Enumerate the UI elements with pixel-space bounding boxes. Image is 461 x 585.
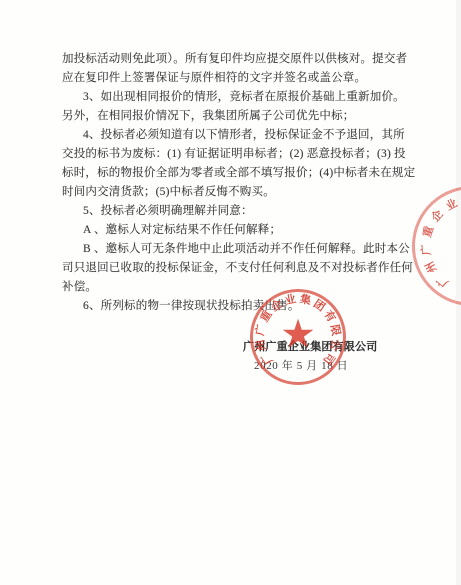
- document-line: 标时，标的物报价全部为零者或全部不填写报价；(4)中标者未在规定: [62, 164, 404, 183]
- scanned-document-page: 加投标活动则免此项）。所有复印件均应提交原件以供核对。提交者应在复印件上签署保证…: [0, 0, 461, 585]
- seal-ring-char: 集: [299, 294, 312, 307]
- seal-ring-char: 州: [425, 259, 440, 274]
- seal-ring-char: 业: [284, 294, 297, 307]
- document-line: 5、投标者必须明确理解并同意：: [62, 202, 404, 221]
- seal-ring-char: 广: [435, 273, 450, 288]
- document-line: B 、邀标人可无条件地中止此项活动并不作任何解释。此时本公: [62, 240, 404, 259]
- document-line: 应在复印件上签署保证与原件相符的文字并签名或盖公章。: [62, 69, 404, 88]
- seal-ring-char: 司: [321, 351, 336, 366]
- document-line: 交投的标书为废标：(1) 有证据证明串标者；(2) 恶意投标者；(3) 投: [62, 145, 404, 164]
- seal-ring-char: 州: [255, 338, 268, 351]
- star-icon: ★: [280, 315, 316, 355]
- seal-ring-char: 广: [260, 351, 275, 366]
- document-line: 加投标活动则免此项）。所有复印件均应提交原件以供核对。提交者: [62, 50, 404, 69]
- seal-ring-char: 重: [422, 225, 436, 239]
- seal-ring-char: 广: [421, 244, 433, 256]
- seal-ring-char: 有: [321, 309, 336, 324]
- seal-ring-char: 业: [445, 198, 460, 213]
- document-line: 3、如出现相同报价的情形，竞标者在原报价基础上重新加价。: [62, 88, 404, 107]
- document-line: 4、投标者必须知道有以下情形者，投标保证金不予退回，其所: [62, 126, 404, 145]
- company-seal-stamp: ★ 广州广重企业集团有限公司: [250, 289, 346, 385]
- document-line: 补偿。: [62, 278, 404, 297]
- document-body: 加投标活动则免此项）。所有复印件均应提交原件以供核对。提交者应在复印件上签署保证…: [62, 50, 404, 316]
- seal-ring-char: 公: [328, 338, 341, 351]
- document-line: 司只退回已收取的投标保证金，不支付任何利息及不对投标者作任何: [62, 259, 404, 278]
- document-line: 另外，在相同报价情况下，我集团所属子公司优先中标；: [62, 107, 404, 126]
- seal-ring-char: 广: [255, 324, 268, 337]
- seal-ring-char: 重: [259, 309, 274, 324]
- document-line: A 、邀标人对定标结果不作任何解释；: [62, 221, 404, 240]
- seal-ring-char: 限: [328, 324, 341, 337]
- document-line: 6、所列标的物一律按现状投标拍卖出售。: [62, 297, 404, 316]
- seal-ring-char: 企: [430, 209, 446, 225]
- document-line: 时间内交清货款；(5)中标者反悔不购买。: [62, 183, 404, 202]
